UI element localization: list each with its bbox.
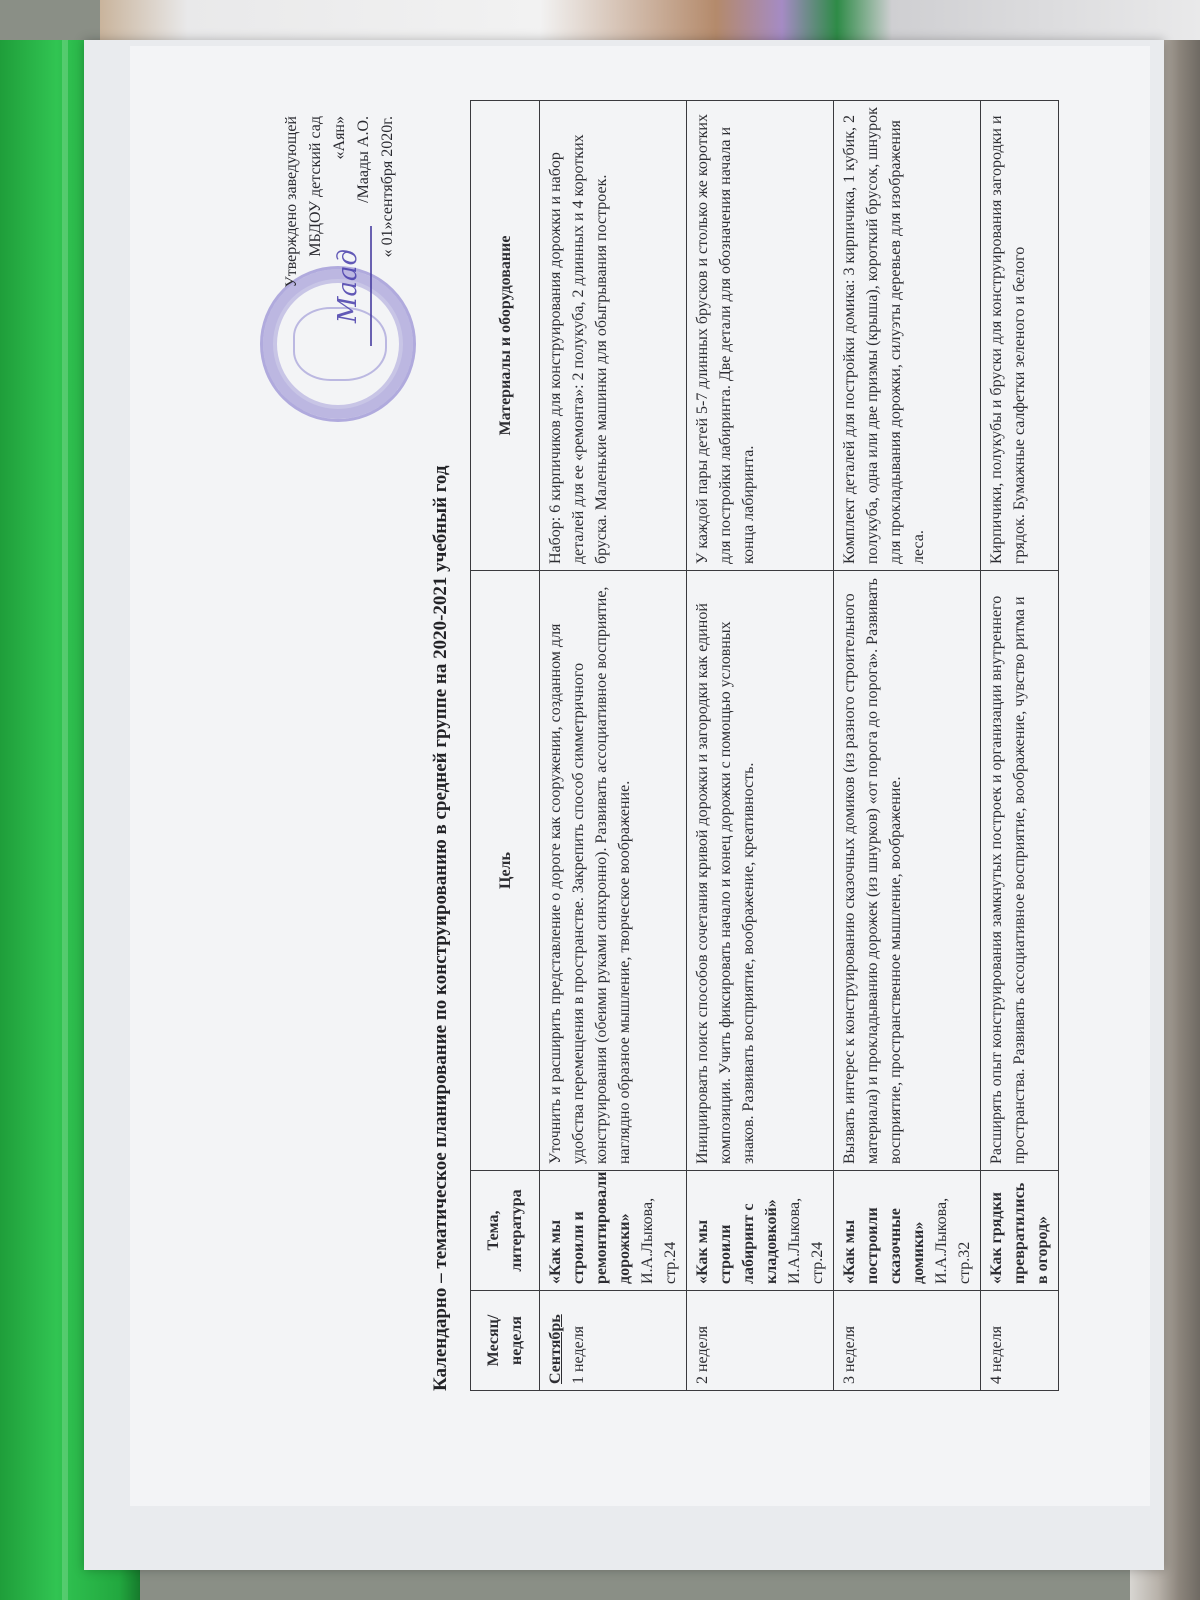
planning-table: Месяц/ неделя Тема, литература Цель Мате…	[470, 100, 1059, 1391]
week-label: 2 неделя	[694, 1326, 711, 1384]
cell-week: 3 неделя	[834, 1291, 981, 1391]
cell-goal: Расширять опыт конструирования замкнутых…	[981, 571, 1059, 1171]
cell-materials: Кирпичики, полукубы и бруски для констру…	[981, 101, 1059, 571]
table-row: Сентябрь 1 неделя «Как мы строили и ремо…	[540, 101, 687, 1391]
cell-theme: «Как мы строили и ремонтировали дорожки»…	[540, 1171, 687, 1291]
cell-goal: Вызвать интерес к конструированию сказоч…	[834, 571, 981, 1171]
header-theme: Тема, литература	[471, 1171, 540, 1291]
photo-scene: Маад Утверждено заведующей МБДОУ детский…	[0, 0, 1200, 1600]
theme-source: И.А.Лыкова, стр.24	[786, 1198, 826, 1284]
theme-source: И.А.Лыкова, стр.24	[639, 1198, 679, 1284]
approval-block: Утверждено заведующей МБДОУ детский сад …	[280, 116, 400, 288]
cell-week: 4 неделя	[981, 1291, 1059, 1391]
theme-title: «Как мы построили сказочные домики»	[838, 1177, 930, 1284]
theme-title: «Как грядки превратились в огород»	[985, 1177, 1054, 1284]
approval-line: МБДОУ детский сад	[304, 116, 328, 288]
theme-title: «Как мы строили лабиринт с кладовкой»	[691, 1177, 783, 1284]
month-label: Сентябрь	[544, 1297, 567, 1384]
cell-materials: У каждой пары детей 5-7 длинных брусков …	[687, 101, 834, 571]
week-label: 1 неделя	[570, 1326, 587, 1384]
table-row: 4 неделя «Как грядки превратились в огор…	[981, 101, 1059, 1391]
cell-theme: «Как мы построили сказочные домики» И.А.…	[834, 1171, 981, 1291]
cell-materials: Набор: 6 кирпичиков для конструирования …	[540, 101, 687, 571]
approval-line: /Маады А.О.	[352, 116, 376, 288]
approval-line: Утверждено заведующей	[280, 116, 304, 288]
approval-line: « 01»сентября 2020г.	[376, 116, 400, 288]
table-header-row: Месяц/ неделя Тема, литература Цель Мате…	[471, 101, 540, 1391]
cell-materials: Комплект деталей для постройки домика: 3…	[834, 101, 981, 571]
document-content: Маад Утверждено заведующей МБДОУ детский…	[130, 46, 1150, 1506]
document-page: Маад Утверждено заведующей МБДОУ детский…	[130, 46, 1150, 1506]
cell-week: 2 неделя	[687, 1291, 834, 1391]
document-title: Календарно – тематическое планирование п…	[430, 91, 452, 1391]
week-label: 3 неделя	[841, 1326, 858, 1384]
theme-title: «Как мы строили и ремонтировали дорожки»	[544, 1177, 636, 1284]
approval-line: «Аян»	[328, 116, 352, 288]
cell-goal: Инициировать поиск способов сочетания кр…	[687, 571, 834, 1171]
week-label: 4 неделя	[988, 1326, 1005, 1384]
table-row: 3 неделя «Как мы построили сказочные дом…	[834, 101, 981, 1391]
table-row: 2 неделя «Как мы строили лабиринт с клад…	[687, 101, 834, 1391]
header-materials: Материалы и оборудование	[471, 101, 540, 571]
cell-goal: Уточнить и расширить представление о дор…	[540, 571, 687, 1171]
cell-theme: «Как мы строили лабиринт с кладовкой» И.…	[687, 1171, 834, 1291]
theme-source: И.А.Лыкова, стр.32	[933, 1198, 973, 1284]
header-goal: Цель	[471, 571, 540, 1171]
cell-week: Сентябрь 1 неделя	[540, 1291, 687, 1391]
header-month-week: Месяц/ неделя	[471, 1291, 540, 1391]
cell-theme: «Как грядки превратились в огород»	[981, 1171, 1059, 1291]
